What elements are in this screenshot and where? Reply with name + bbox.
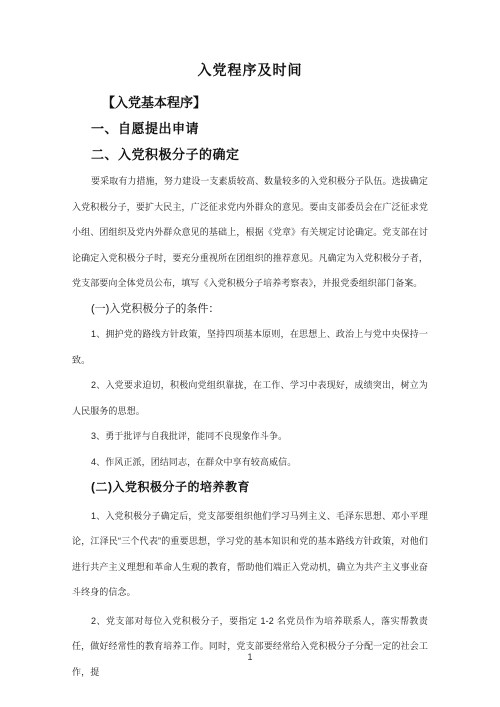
education-paragraph-2: 2、党支部对每位入党积极分子，要指定 1-2 名党员作为培养联系人，落实帮教责任… <box>72 609 428 686</box>
document-title: 入党程序及时间 <box>72 58 428 82</box>
subsection-2-heading: (二)入党积极分子的培养教育 <box>72 475 428 501</box>
condition-item-2: 2、入党要求迫切，积极向党组织靠拢，在工作、学习中表现好，成绩突出，树立为人民服… <box>72 373 428 424</box>
section-heading-2: 二、入党积极分子的确定 <box>91 143 428 167</box>
section-heading-1: 一、自愿提出申请 <box>91 117 428 141</box>
condition-item-3: 3、勇于批评与自我批评，能同不良现象作斗争。 <box>72 424 428 450</box>
condition-item-4: 4、作风正派，团结同志，在群众中享有较高威信。 <box>72 450 428 476</box>
subsection-1-heading: (一)入党积极分子的条件： <box>72 297 428 323</box>
page-number: 1 <box>0 650 500 664</box>
document-page: 入党程序及时间 【入党基本程序】 一、自愿提出申请 二、入党积极分子的确定 要采… <box>0 0 500 707</box>
education-paragraph-1: 1、入党积极分子确定后，党支部要组织他们学习马列主义、毛泽东思想、邓小平理论，江… <box>72 504 428 606</box>
condition-item-1: 1、拥护党的路线方针政策，坚持四项基本原则，在思想上、政治上与党中央保持一致。 <box>72 322 428 373</box>
intro-paragraph: 要采取有力措施，努力建设一支素质较高、数量较多的入党积极分子队伍。选拔确定入党积… <box>72 169 428 297</box>
chapter-heading: 【入党基本程序】 <box>102 91 428 115</box>
